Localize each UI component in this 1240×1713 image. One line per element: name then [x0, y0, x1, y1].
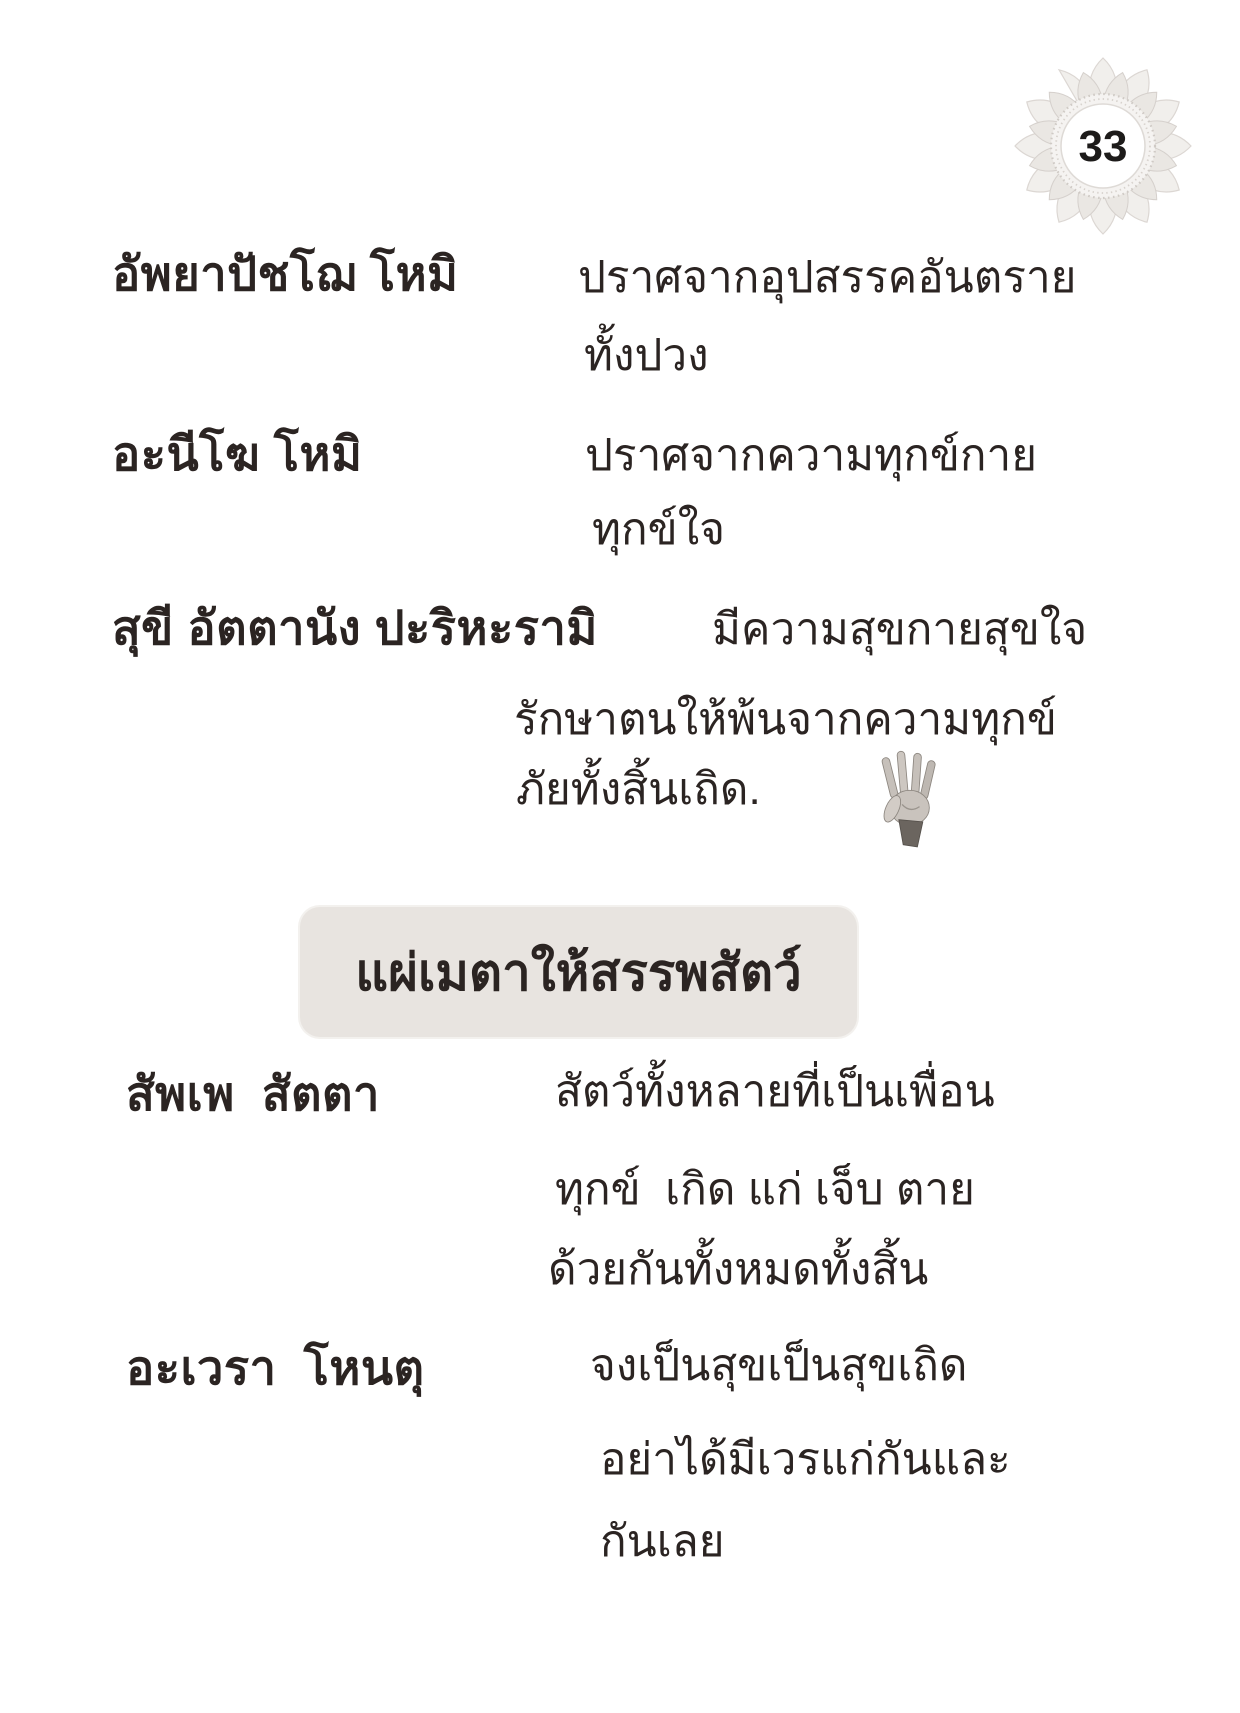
section-header-box: แผ่เมตาให้สรรพสัตว์ — [300, 907, 857, 1037]
translation-line: ทุกข์ เกิด แก่ เจ็บ ตาย — [555, 1166, 975, 1214]
translation-line: จงเป็นสุขเป็นสุขเถิด — [590, 1342, 967, 1390]
pali-term: สัพเพ สัตตา — [126, 1068, 380, 1120]
blessing-hand-icon — [876, 750, 950, 848]
translation-line: กันเลย — [600, 1518, 725, 1566]
translation-line: สัตว์ทั้งหลายที่เป็นเพื่อน — [555, 1068, 995, 1116]
translation-line: ภัยทั้งสิ้นเถิด. — [516, 766, 761, 814]
translation-line: รักษาตนให้พ้นจากความทุกข์ — [514, 696, 1057, 744]
translation-line: ปราศจากอุปสรรคอันตราย — [578, 254, 1076, 302]
lotus-flower-badge-icon: 33 — [1012, 55, 1194, 237]
pali-term: อะนีโฆ โหมิ — [112, 428, 363, 480]
book-page: 33 อัพยาปัชโฌ โหมิ ปราศจากอุปสรรคอันตราย… — [0, 0, 1240, 1713]
section-header-title: แผ่เมตาให้สรรพสัตว์ — [355, 932, 802, 1013]
translation-line: ทั้งปวง — [584, 332, 709, 380]
translation-line: มีความสุขกายสุขใจ — [712, 606, 1087, 654]
translation-line: อย่าได้มีเวรแก่กันและ — [600, 1436, 1011, 1484]
translation-line: ด้วยกันทั้งหมดทั้งสิ้น — [548, 1246, 928, 1294]
pali-term: อะเวรา โหนตุ — [126, 1342, 425, 1394]
translation-line: ปราศจากความทุกข์กาย — [585, 432, 1037, 480]
pali-term: อัพยาปัชโฌ โหมิ — [112, 248, 459, 300]
pali-term: สุขี อัตตานัง ปะริหะรามิ — [112, 602, 598, 654]
translation-line: ทุกข์ใจ — [592, 506, 725, 554]
page-number: 33 — [1079, 122, 1128, 171]
